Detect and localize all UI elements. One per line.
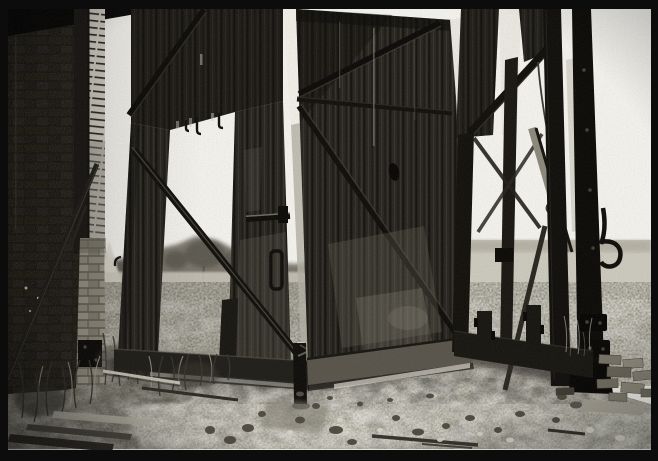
border-right — [651, 0, 658, 461]
border-left — [0, 0, 8, 461]
border-top — [0, 0, 658, 9]
film-grain-light — [8, 9, 651, 450]
photographic-atmosphere — [8, 9, 651, 450]
photo-scene — [6, 9, 657, 452]
photo-canvas: Weathered timber gates of an abandoned b… — [0, 0, 658, 461]
photograph: Weathered timber gates of an abandoned b… — [0, 0, 658, 461]
border-bottom — [0, 450, 658, 461]
